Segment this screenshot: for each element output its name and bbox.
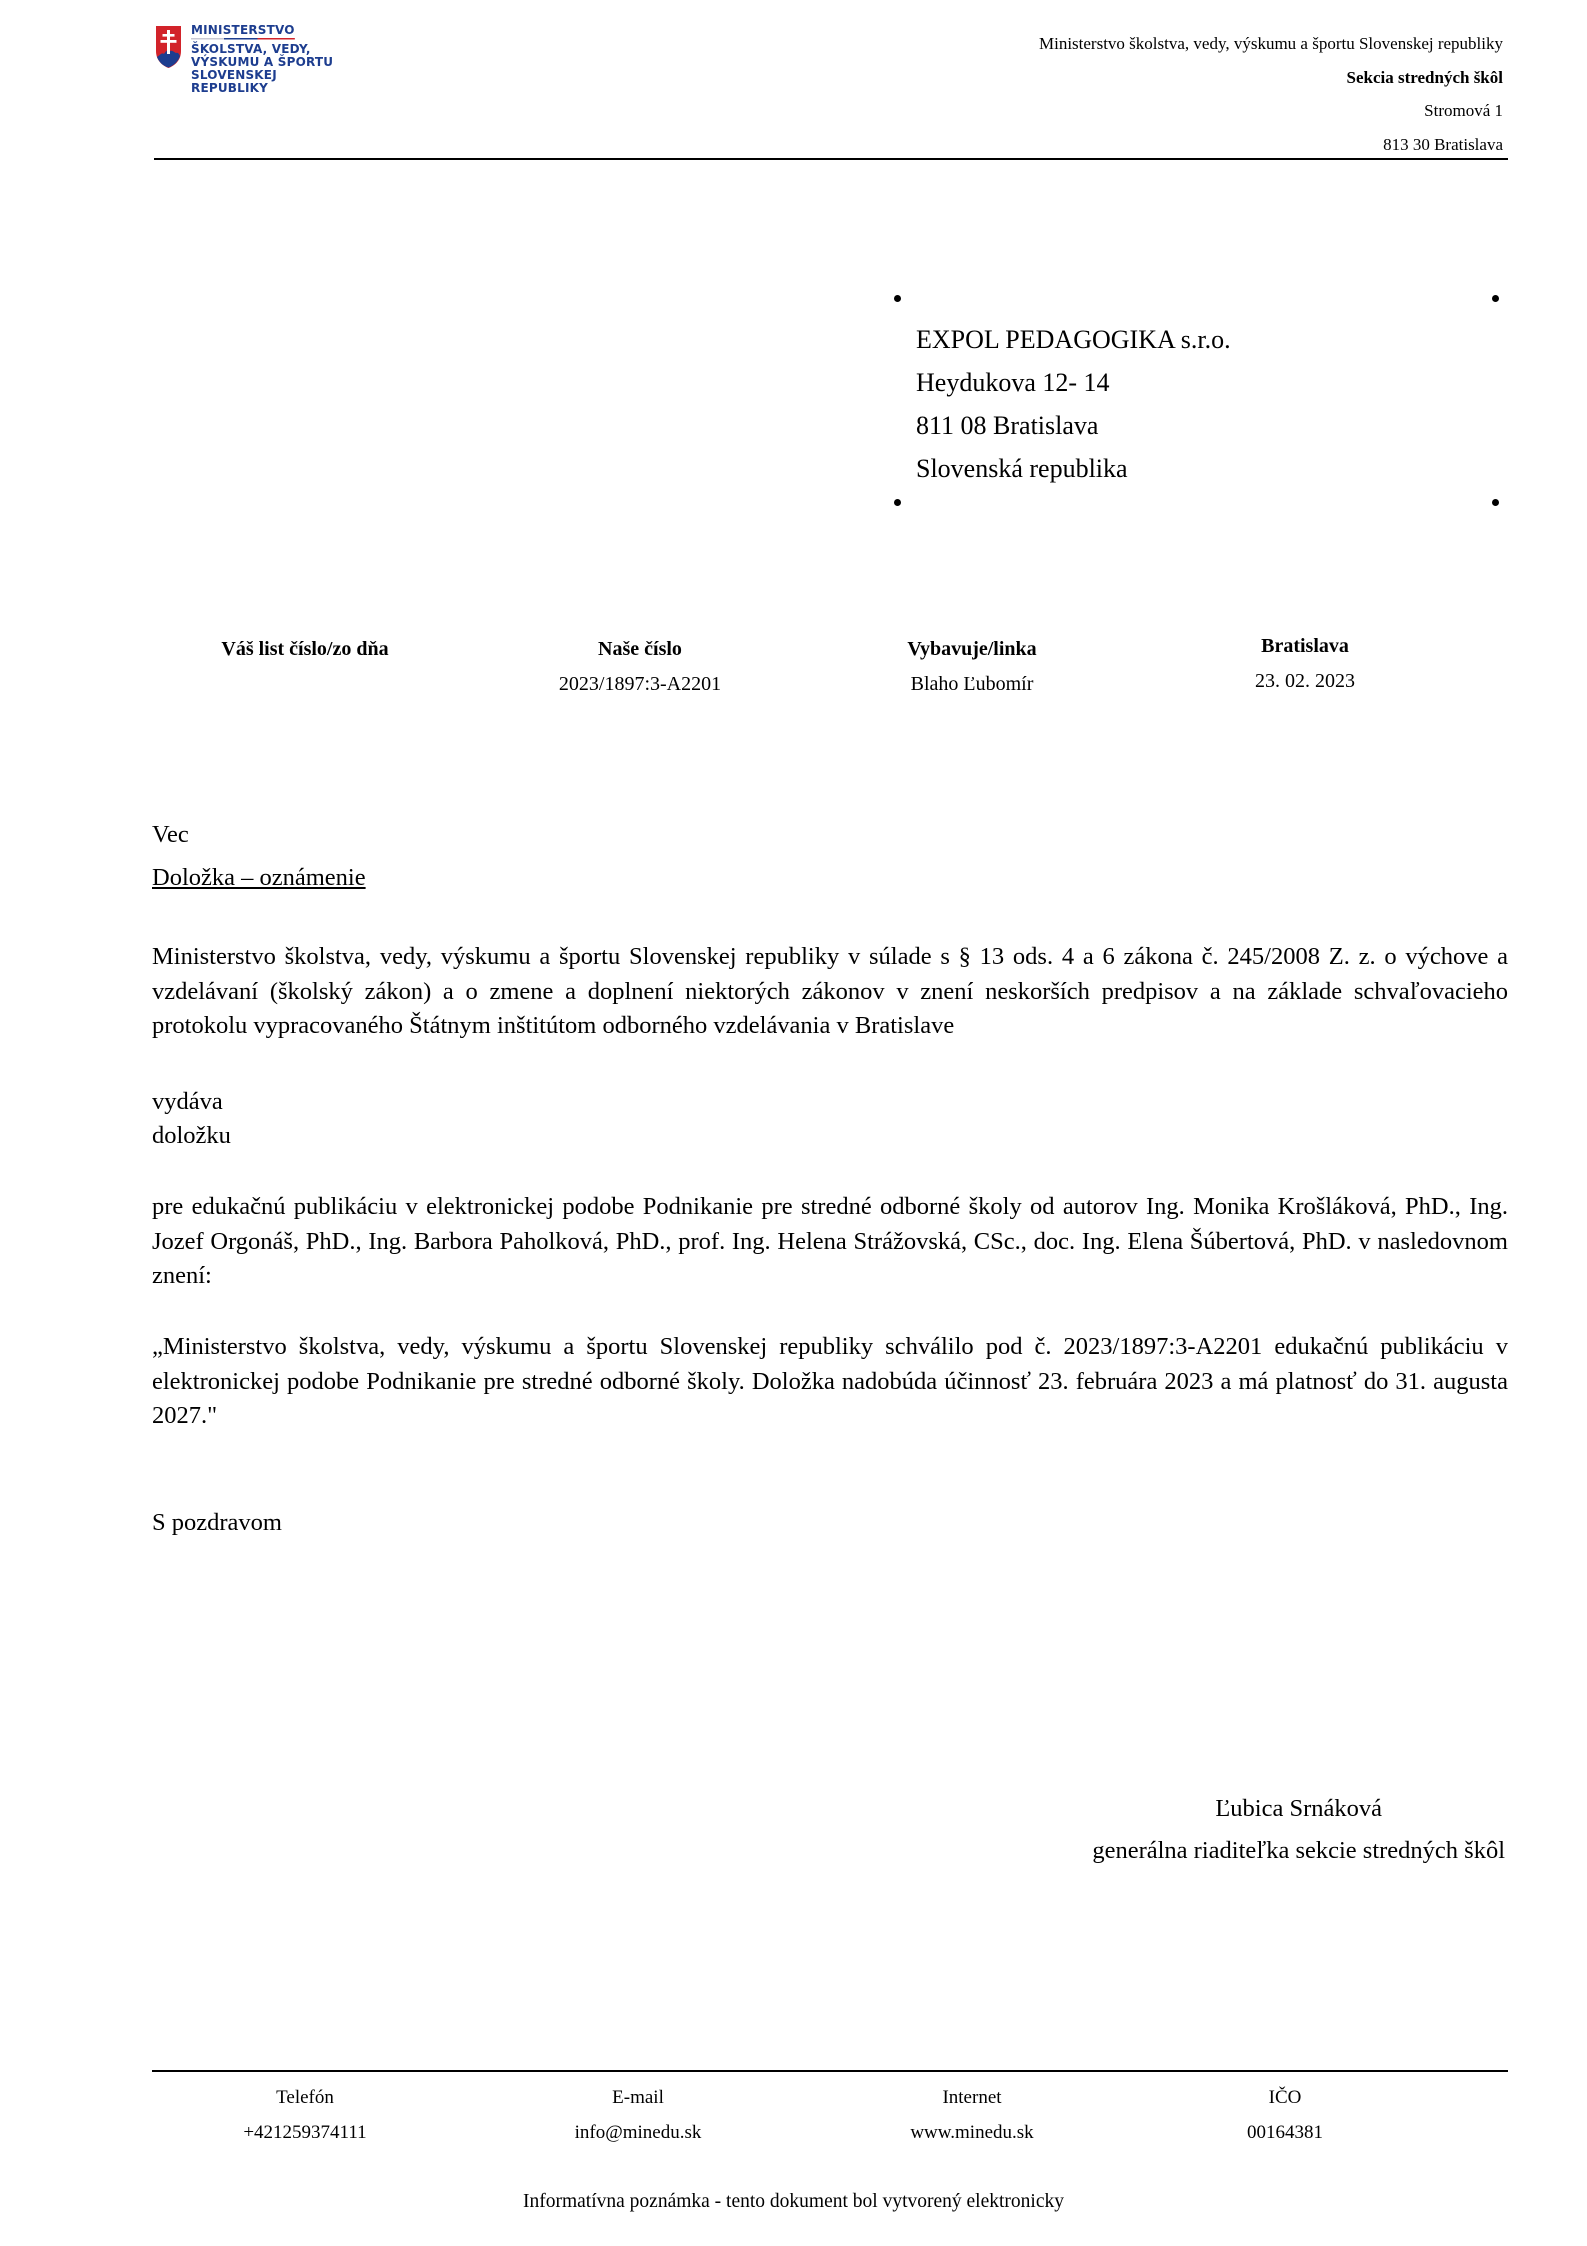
ref-handled-by-value: Blaho Ľubomír <box>842 667 1102 702</box>
footer-phone-value: +421259374111 <box>205 2115 405 2150</box>
ref-your-letter-label: Váš list číslo/zo dňa <box>170 632 440 667</box>
subject-block: Doložka – oznámenie <box>152 861 1508 896</box>
header-divider <box>154 158 1508 160</box>
signature-block: Ľubica Srnáková generálna riaditeľka sek… <box>1092 1788 1505 1872</box>
recipient-city: 811 08 Bratislava <box>916 404 1231 447</box>
footer-email: E-mail info@minedu.sk <box>538 2080 738 2150</box>
recipient-street: Heydukova 12- 14 <box>916 361 1231 404</box>
issues-line-2: doložku <box>152 1119 1508 1153</box>
sender-address: Ministerstvo školstva, vedy, výskumu a š… <box>1039 27 1503 161</box>
ref-your-letter: Váš list číslo/zo dňa <box>170 632 440 667</box>
signatory-name: Ľubica Srnáková <box>1092 1788 1505 1830</box>
ref-date-value: 23. 02. 2023 <box>1180 664 1430 699</box>
footer-ico-label: IČO <box>1185 2080 1385 2115</box>
address-corner-mark <box>1492 295 1499 302</box>
paragraph-clause-text: „Ministerstvo školstva, vedy, výskumu a … <box>152 1330 1508 1434</box>
recipient-country: Slovenská republika <box>916 447 1231 490</box>
ref-our-number-value: 2023/1897:3-A2201 <box>500 667 780 702</box>
signatory-title: generálna riaditeľka sekcie stredných šk… <box>1092 1830 1505 1872</box>
ref-handled-by-label: Vybavuje/linka <box>842 632 1102 667</box>
sender-section: Sekcia stredných škôl <box>1039 61 1503 95</box>
address-corner-mark <box>894 499 901 506</box>
paragraph-legal-basis: Ministerstvo školstva, vedy, výskumu a š… <box>152 940 1508 1044</box>
sender-street: Stromová 1 <box>1039 94 1503 128</box>
ref-our-number: Naše číslo 2023/1897:3-A2201 <box>500 632 780 702</box>
footer-phone-label: Telefón <box>205 2080 405 2115</box>
ref-place-label: Bratislava <box>1180 629 1430 664</box>
recipient-name: EXPOL PEDAGOGIKA s.r.o. <box>916 318 1231 361</box>
ministry-logo: MINISTERSTVO ŠKOLSTVA, VEDY, VÝSKUMU A Š… <box>155 24 355 94</box>
issues-line-1: vydáva <box>152 1085 1508 1119</box>
footer-divider <box>152 2070 1508 2072</box>
paragraph-publication: pre edukačnú publikáciu v elektronickej … <box>152 1190 1508 1294</box>
footer-email-value[interactable]: info@minedu.sk <box>538 2115 738 2150</box>
sender-ministry: Ministerstvo školstva, vedy, výskumu a š… <box>1039 27 1503 61</box>
footer-phone: Telefón +421259374111 <box>205 2080 405 2150</box>
ref-place-date: Bratislava 23. 02. 2023 <box>1180 629 1430 699</box>
footer-web-value[interactable]: www.minedu.sk <box>872 2115 1072 2150</box>
logo-line-3: VÝSKUMU A ŠPORTU <box>191 55 333 69</box>
logo-line-2: ŠKOLSTVA, VEDY, <box>191 42 311 56</box>
logo-line-1: MINISTERSTVO <box>191 24 295 41</box>
sender-city: 813 30 Bratislava <box>1039 128 1503 162</box>
footer-ico: IČO 00164381 <box>1185 2080 1385 2150</box>
electronic-document-note: Informatívna poznámka - tento dokument b… <box>0 2191 1587 2213</box>
recipient-address: EXPOL PEDAGOGIKA s.r.o. Heydukova 12- 14… <box>916 318 1231 490</box>
footer-email-label: E-mail <box>538 2080 738 2115</box>
closing: S pozdravom <box>152 1506 1508 1541</box>
footer-web: Internet www.minedu.sk <box>872 2080 1072 2150</box>
subject-label: Vec <box>152 818 1508 853</box>
logo-line-4: SLOVENSKEJ REPUBLIKY <box>191 68 277 95</box>
logo-wordmark: MINISTERSTVO ŠKOLSTVA, VEDY, VÝSKUMU A Š… <box>191 24 355 95</box>
footer-ico-value: 00164381 <box>1185 2115 1385 2150</box>
ref-our-number-label: Naše číslo <box>500 632 780 667</box>
slovak-coat-of-arms-icon <box>155 25 182 69</box>
subject-title: Doložka – oznámenie <box>152 864 366 891</box>
footer-web-label: Internet <box>872 2080 1072 2115</box>
issues-block: vydáva doložku <box>152 1085 1508 1153</box>
address-corner-mark <box>894 295 901 302</box>
ref-handled-by: Vybavuje/linka Blaho Ľubomír <box>842 632 1102 702</box>
address-corner-mark <box>1492 499 1499 506</box>
